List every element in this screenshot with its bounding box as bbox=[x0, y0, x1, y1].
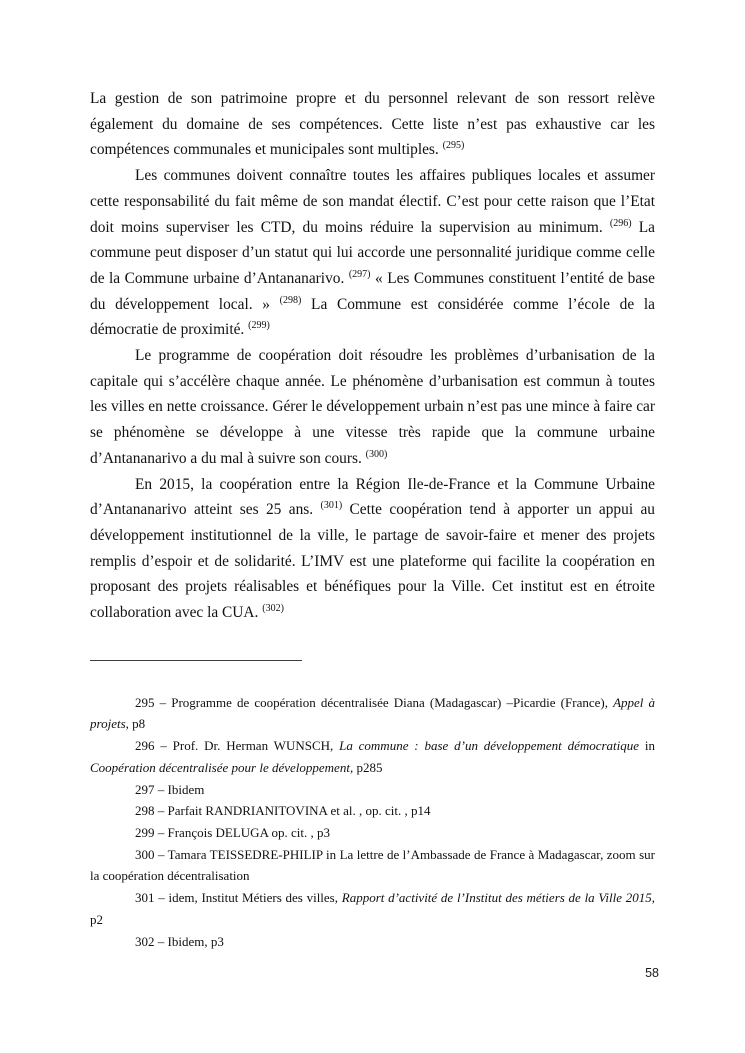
footnote-item: 302 – Ibidem, p3 bbox=[90, 931, 655, 953]
text-run: Cette coopération tend à apporter un app… bbox=[90, 501, 655, 621]
footnote-reference: (298) bbox=[280, 295, 302, 306]
footnote-separator bbox=[90, 660, 302, 661]
footnote-reference: (297) bbox=[349, 269, 371, 280]
paragraph: Les communes doivent connaître toutes le… bbox=[90, 163, 655, 343]
text-run: 296 – Prof. Dr. Herman WUNSCH, bbox=[135, 738, 339, 753]
text-run: 298 – Parfait RANDRIANITOVINA et al. , o… bbox=[135, 803, 430, 818]
footnote-item: 301 – idem, Institut Métiers des villes,… bbox=[90, 887, 655, 930]
italic-text: Coopération décentralisée pour le dévelo… bbox=[90, 760, 350, 775]
text-run: 297 – Ibidem bbox=[135, 782, 204, 797]
text-run: , p8 bbox=[126, 716, 146, 731]
footnote-reference: (300) bbox=[366, 449, 388, 460]
text-run: 301 – idem, Institut Métiers des villes, bbox=[135, 890, 342, 905]
footnote-reference: (302) bbox=[262, 603, 284, 614]
text-run: 300 – Tamara TEISSEDRE-PHILIP in La lett… bbox=[90, 847, 655, 884]
text-run: Les communes doivent connaître toutes le… bbox=[90, 167, 655, 235]
text-run: , p285 bbox=[350, 760, 383, 775]
footnote-reference: (295) bbox=[443, 140, 465, 151]
footnote-reference: (301) bbox=[320, 500, 342, 511]
footnote-item: 298 – Parfait RANDRIANITOVINA et al. , o… bbox=[90, 800, 655, 822]
footnote-reference: (299) bbox=[248, 320, 270, 331]
paragraph: La gestion de son patrimoine propre et d… bbox=[90, 86, 655, 163]
italic-text: Rapport d’activité de l’Institut des mét… bbox=[342, 890, 652, 905]
italic-text: La commune : base d’un développement dém… bbox=[339, 738, 639, 753]
body-text: La gestion de son patrimoine propre et d… bbox=[90, 86, 655, 626]
text-run: 302 – Ibidem, p3 bbox=[135, 934, 224, 949]
text-run: La gestion de son patrimoine propre et d… bbox=[90, 90, 655, 158]
footnote-item: 299 – François DELUGA op. cit. , p3 bbox=[90, 822, 655, 844]
footnote-item: 295 – Programme de coopération décentral… bbox=[90, 692, 655, 735]
text-run: in bbox=[639, 738, 655, 753]
document-page: La gestion de son patrimoine propre et d… bbox=[0, 0, 745, 1053]
footnote-reference: (296) bbox=[610, 218, 632, 229]
footnote-item: 296 – Prof. Dr. Herman WUNSCH, La commun… bbox=[90, 735, 655, 778]
footnotes-list: 295 – Programme de coopération décentral… bbox=[90, 692, 655, 952]
page-content: La gestion de son patrimoine propre et d… bbox=[90, 86, 655, 952]
text-run: 299 – François DELUGA op. cit. , p3 bbox=[135, 825, 330, 840]
paragraph: En 2015, la coopération entre la Région … bbox=[90, 472, 655, 626]
footnote-item: 297 – Ibidem bbox=[90, 779, 655, 801]
paragraph: Le programme de coopération doit résoudr… bbox=[90, 343, 655, 472]
page-number: 58 bbox=[645, 966, 659, 980]
text-run: 295 – Programme de coopération décentral… bbox=[135, 695, 613, 710]
footnote-item: 300 – Tamara TEISSEDRE-PHILIP in La lett… bbox=[90, 844, 655, 887]
